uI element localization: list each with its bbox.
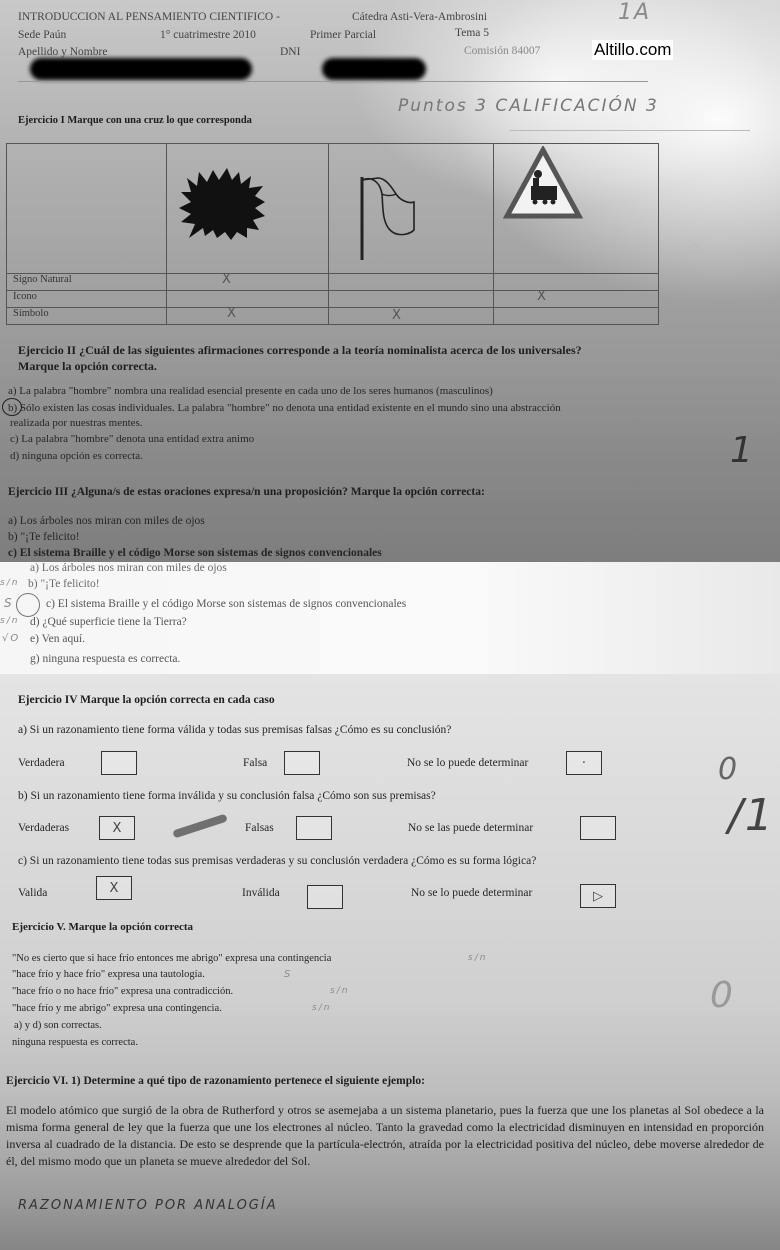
ex6-title: Ejercicio VI. 1) Determine a qué tipo de… [6, 1075, 425, 1087]
ex1-table: Signo Natural Icono Símbolo X X X X [6, 143, 659, 325]
exam-photo: INTRODUCCION AL PENSAMIENTO CIENTIFICO -… [0, 0, 780, 1250]
ex4-title: Ejercicio IV Marque la opción correcta e… [18, 694, 275, 706]
checkbox-mark: · [567, 752, 601, 774]
ex4-question-b: b) Si un razonamiento tiene forma inváli… [18, 790, 436, 802]
checkbox-mark: X [97, 877, 131, 899]
ex5-option-a[interactable]: "No es cierto que si hace frío entonces … [12, 953, 331, 964]
header-rule [18, 81, 648, 82]
mark-icono-train[interactable]: X [537, 289, 546, 304]
ex6-handwritten-answer: RAZONAMIENTO POR ANALOGÍA [18, 1198, 278, 1213]
ex4-b-opt1-checkbox[interactable]: X [99, 816, 135, 840]
ex4-b-opt1-label: Verdaderas [18, 822, 69, 834]
ex3-title: Ejercicio III ¿Alguna/s de estas oracion… [8, 486, 485, 498]
redacted-dni [322, 58, 426, 80]
dni-label: DNI [280, 46, 300, 58]
checkbox-mark [581, 817, 615, 839]
train-warning-sign-icon [503, 146, 583, 221]
ex4-a-opt1-checkbox[interactable] [101, 751, 137, 775]
ex2-subtitle: Marque la opción correcta. [18, 359, 157, 374]
ex3-margin-mark-b: s/n [0, 578, 19, 588]
ex1-side-note: 0 [688, 240, 703, 264]
ex4-a-opt1-label: Verdadera [18, 757, 65, 769]
ex4-c-opt3-label: No se lo puede determinar [411, 887, 532, 899]
ex5-margin-mark-c: s/n [330, 986, 349, 996]
comision: Comisión 84007 [464, 45, 540, 57]
mark-simbolo-flag[interactable]: X [392, 308, 401, 323]
flag-icon [352, 172, 422, 262]
ex4-question-c: c) Si un razonamiento tiene todas sus pr… [18, 855, 536, 867]
sede: Sede Paún [18, 29, 66, 41]
ex2-option-a[interactable]: a) La palabra "hombre" nombra una realid… [8, 385, 493, 397]
checkbox-mark [297, 817, 331, 839]
course-title: INTRODUCCION AL PENSAMIENTO CIENTIFICO - [18, 11, 280, 23]
ex4-c-opt2-label: Inválida [242, 887, 280, 899]
ex6-paragraph: El modelo atómico que surgió de la obra … [6, 1102, 764, 1170]
name-label: Apellido y Nombre [18, 46, 107, 58]
ex3-option-g[interactable]: g) ninguna respuesta es correcta. [30, 653, 180, 665]
ex3-dark-option-c: c) El sistema Braille y el código Morse … [8, 547, 382, 559]
ex5-option-b[interactable]: "hace frío y hace frío" expresa una taut… [12, 969, 205, 980]
ex2-side-note: 1 [730, 430, 755, 471]
ex4-c-opt1-checkbox[interactable]: X [96, 876, 132, 900]
mark-signo-natural-explosion[interactable]: X [222, 272, 231, 287]
ex4-b-opt2-checkbox[interactable] [296, 816, 332, 840]
ex3-option-e[interactable]: e) Ven aquí. [30, 633, 85, 645]
ex4-question-a: a) Si un razonamiento tiene forma válida… [18, 724, 451, 736]
ex4-b-opt3-label: No se las puede determinar [408, 822, 533, 834]
ex5-title: Ejercicio V. Marque la opción correcta [12, 921, 193, 933]
ex3-margin-mark-e: √O [2, 633, 20, 644]
ex3-dark-option-b: b) "¡Te felicito! [8, 531, 80, 543]
chair-name: Cátedra Asti-Vera-Ambrosini [352, 11, 487, 23]
ex5-option-f[interactable]: ninguna respuesta es correcta. [12, 1037, 138, 1048]
ex3-option-c[interactable]: c) El sistema Braille y el código Morse … [46, 598, 406, 610]
ex5-option-c[interactable]: "hace frío o no hace frío" expresa una c… [12, 986, 233, 997]
ex4-a-opt2-checkbox[interactable] [284, 751, 320, 775]
redacted-name [30, 58, 252, 80]
ex4-c-opt3-checkbox[interactable]: ▷ [580, 884, 616, 908]
row-label-simbolo: Símbolo [13, 308, 49, 319]
exam-name: Primer Parcial [310, 29, 376, 41]
ex5-option-d[interactable]: "hace frío y me abrigo" expresa una cont… [12, 1003, 222, 1014]
ex2-option-b-cont: realizada por nuestras mentes. [10, 417, 143, 429]
row-label-icono: Icono [13, 291, 37, 302]
ex4-b-opt2-label: Falsas [245, 822, 274, 834]
ex4-side-note-a: 0 [718, 752, 739, 787]
watermark: Altillo.com [592, 40, 673, 60]
checkbox-mark [308, 886, 342, 908]
checkbox-mark [285, 752, 319, 774]
ex3-option-a[interactable]: a) Los árboles nos miran con miles de oj… [30, 562, 227, 574]
ex4-a-opt2-label: Falsa [243, 757, 267, 769]
ex3-dark-option-a: a) Los árboles nos miran con miles de oj… [8, 515, 205, 527]
ex5-option-e[interactable]: a) y d) son correctas. [14, 1020, 102, 1031]
period: 1° cuatrimestre 2010 [160, 29, 256, 41]
handwritten-corner: 1A [618, 0, 651, 25]
ex5-margin-mark-b: S [284, 969, 292, 980]
ex4-c-opt1-label: Valida [18, 887, 47, 899]
checkbox-mark: X [100, 817, 134, 839]
grade-rule [510, 130, 750, 131]
ex2-option-d[interactable]: d) ninguna opción es correcta. [10, 450, 143, 462]
ex4-b-opt3-checkbox[interactable] [580, 816, 616, 840]
ex5-side-note: 0 [710, 975, 735, 1016]
ex2-selected-circle [2, 398, 22, 416]
ex4-c-opt2-checkbox[interactable] [307, 885, 343, 909]
ex3-option-b[interactable]: b) "¡Te felicito! [28, 578, 100, 590]
ex3-selected-circle [16, 593, 40, 617]
ex2-option-b[interactable]: b) Sólo existen las cosas individuales. … [8, 402, 561, 414]
handwritten-grade: Puntos 3 CALIFICACIÓN 3 [398, 96, 659, 116]
ex4-a-opt3-checkbox[interactable]: · [566, 751, 602, 775]
ex1-title: Ejercicio I Marque con una cruz lo que c… [18, 115, 252, 126]
explosion-icon [177, 168, 272, 243]
ex5-margin-mark-a: s/n [468, 953, 487, 963]
mark-simbolo-explosion[interactable]: X [227, 306, 236, 321]
checkbox-mark: ▷ [581, 885, 615, 907]
ex3-margin-mark-d: s/n [0, 616, 19, 626]
ex5-margin-mark-d: s/n [312, 1003, 331, 1013]
ex4-a-opt3-label: No se lo puede determinar [407, 757, 528, 769]
row-label-signo-natural: Signo Natural [13, 274, 72, 285]
ex3-option-d[interactable]: d) ¿Qué superficie tiene la Tierra? [30, 616, 187, 628]
tema: Tema 5 [455, 27, 489, 39]
ex4-side-note-b: /1 [728, 790, 775, 841]
checkbox-mark [102, 752, 136, 774]
ex2-title: Ejercicio II ¿Cuál de las siguientes afi… [18, 343, 582, 358]
ex2-option-c[interactable]: c) La palabra "hombre" denota una entida… [10, 433, 254, 445]
ex3-margin-mark-c: S [4, 596, 14, 610]
